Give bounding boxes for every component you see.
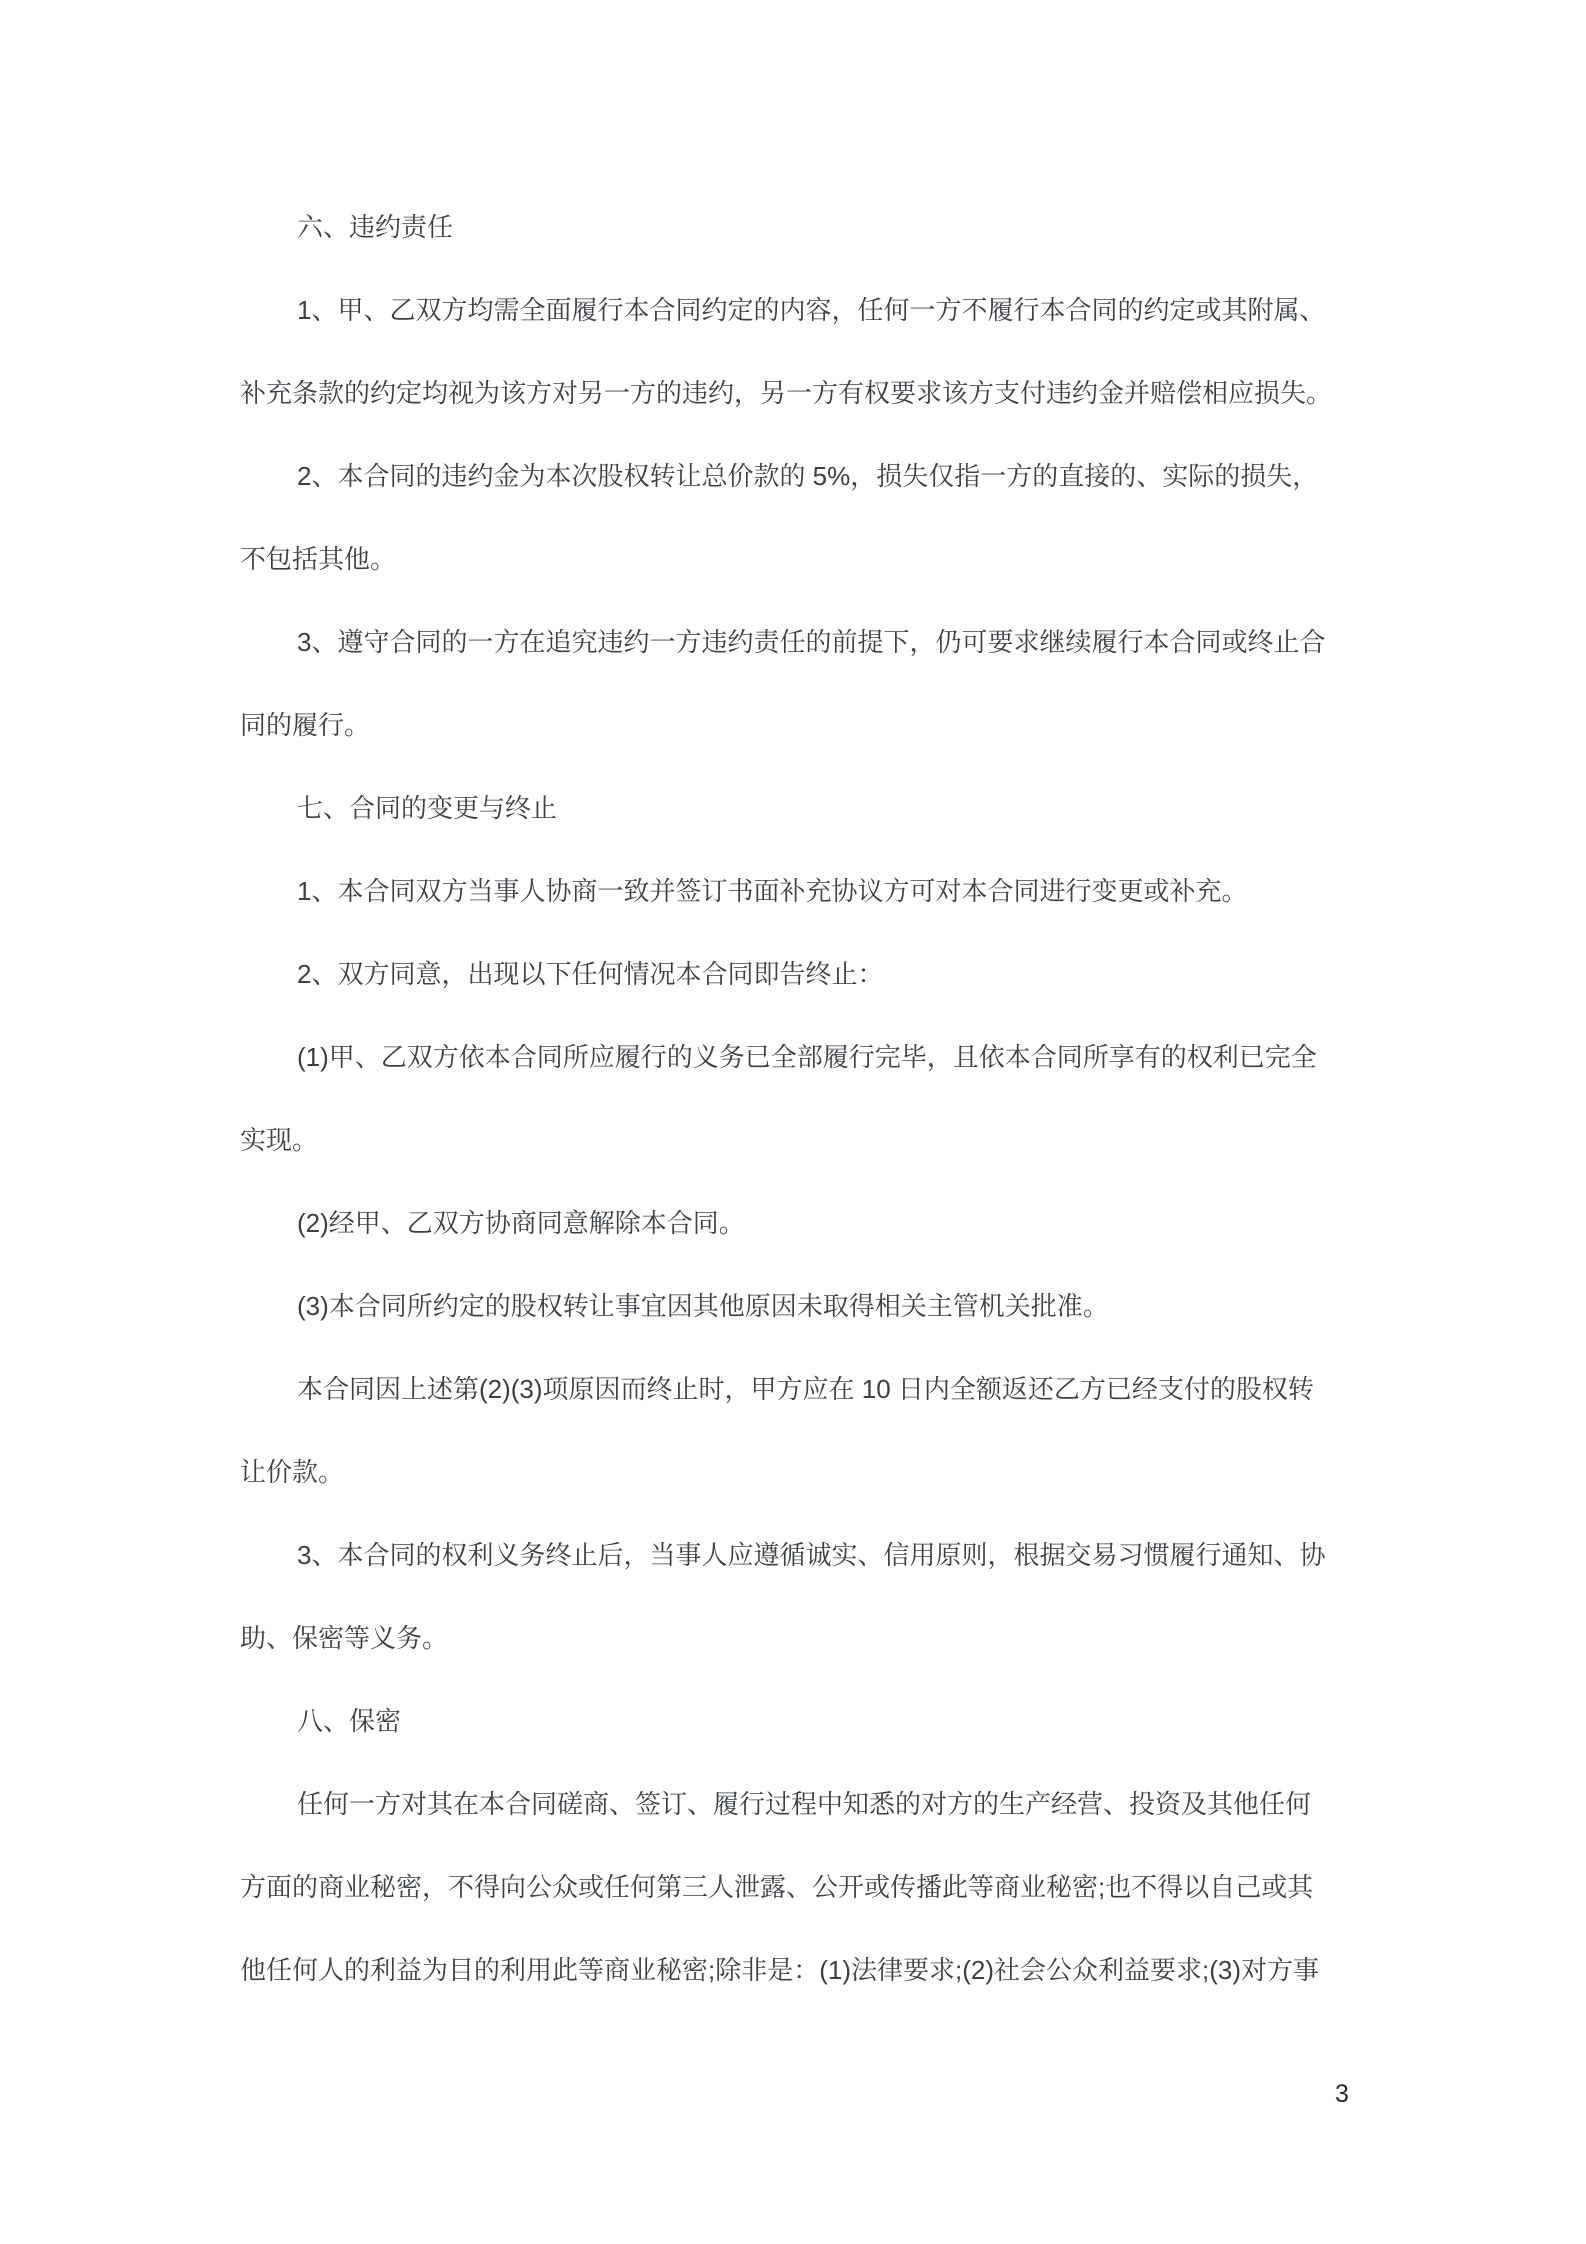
text-line: 他任何人的利益为目的利用此等商业秘密;除非是：(1)法律要求;(2)社会公众利益… (240, 1929, 1430, 2012)
text-line: 助、保密等义务。 (240, 1597, 1430, 1680)
text-line: 本合同因上述第(2)(3)项原因而终止时，甲方应在 10 日内全额返还乙方已经支… (240, 1348, 1430, 1431)
text-line: 1、甲、乙双方均需全面履行本合同约定的内容，任何一方不履行本合同的约定或其附属、 (240, 269, 1430, 352)
text-line: (1)甲、乙双方依本合同所应履行的义务已全部履行完毕，且依本合同所享有的权利已完… (240, 1016, 1430, 1099)
section-heading-line: 八、保密 (240, 1680, 1430, 1763)
text-line: (3)本合同所约定的股权转让事宜因其他原因未取得相关主管机关批准。 (240, 1265, 1430, 1348)
section-heading-line: 六、违约责任 (240, 186, 1430, 269)
text-line: 方面的商业秘密，不得向公众或任何第三人泄露、公开或传播此等商业秘密;也不得以自己… (240, 1846, 1430, 1929)
text-line: 同的履行。 (240, 684, 1430, 767)
text-line: 任何一方对其在本合同磋商、签订、履行过程中知悉的对方的生产经营、投资及其他任何 (240, 1763, 1430, 1846)
section-heading-line: 七、合同的变更与终止 (240, 767, 1430, 850)
contract-body: 六、违约责任1、甲、乙双方均需全面履行本合同约定的内容，任何一方不履行本合同的约… (240, 186, 1430, 2012)
text-line: 1、本合同双方当事人协商一致并签订书面补充协议方可对本合同进行变更或补充。 (240, 850, 1430, 933)
text-line: 3、本合同的权利义务终止后，当事人应遵循诚实、信用原则，根据交易习惯履行通知、协 (240, 1514, 1430, 1597)
text-line: 不包括其他。 (240, 518, 1430, 601)
text-line: 补充条款的约定均视为该方对另一方的违约，另一方有权要求该方支付违约金并赔偿相应损… (240, 352, 1430, 435)
text-line: 3、遵守合同的一方在追究违约一方违约责任的前提下，仍可要求继续履行本合同或终止合 (240, 601, 1430, 684)
document-page: 六、违约责任1、甲、乙双方均需全面履行本合同约定的内容，任何一方不履行本合同的约… (0, 0, 1586, 2244)
text-line: 2、本合同的违约金为本次股权转让总价款的 5%，损失仅指一方的直接的、实际的损失… (240, 435, 1430, 518)
text-line: 让价款。 (240, 1431, 1430, 1514)
text-line: 实现。 (240, 1099, 1430, 1182)
text-line: (2)经甲、乙双方协商同意解除本合同。 (240, 1182, 1430, 1265)
text-line: 2、双方同意，出现以下任何情况本合同即告终止： (240, 933, 1430, 1016)
page-number: 3 (1330, 2077, 1354, 2111)
